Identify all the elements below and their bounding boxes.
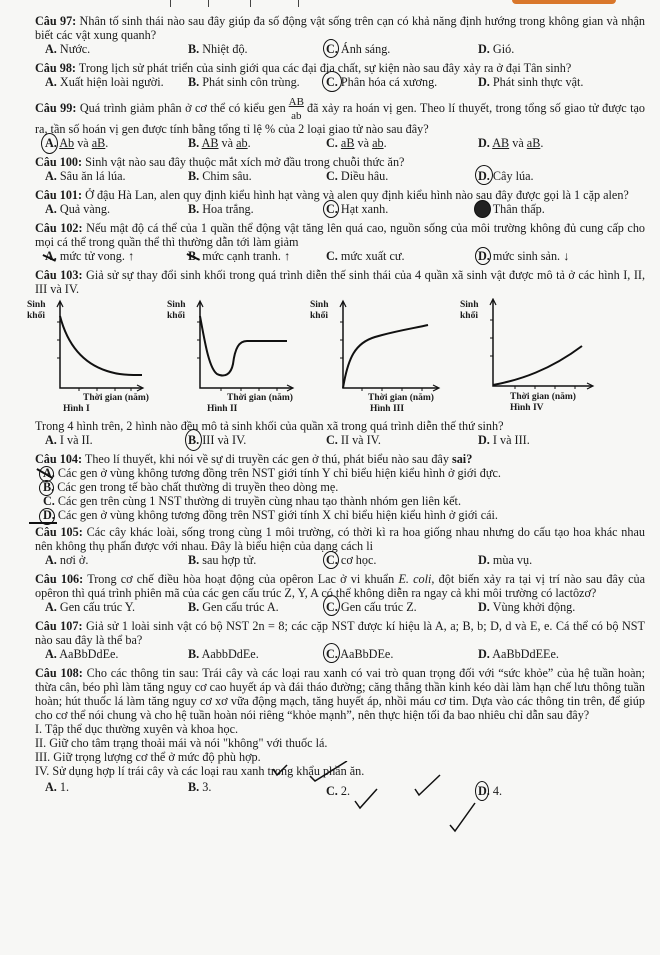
handwritten-circle <box>323 595 340 616</box>
handwritten-circle <box>475 247 491 265</box>
question-number: Câu 106: <box>35 572 83 586</box>
option-d[interactable]: D. Vùng khởi động. <box>478 600 628 615</box>
scribbled-out-mark <box>474 200 491 218</box>
question-text: Ở đậu Hà Lan, alen quy định kiểu hình hạ… <box>85 188 629 202</box>
question-107: Câu 107: Giả sử 1 loài sinh vật có bộ NS… <box>35 619 645 662</box>
option-b[interactable]: B. Gen cấu trúc A. <box>188 600 326 615</box>
option-b[interactable]: B. Nhiệt độ. <box>188 42 326 57</box>
option-b[interactable]: B. mức cạnh tranh. ↑ <box>188 249 326 264</box>
option-a[interactable]: A. 1. <box>35 780 188 795</box>
question-number: Câu 98: <box>35 61 76 75</box>
up-arrow-mark: ↑ <box>128 249 134 263</box>
options-row: A. Gen cấu trúc Y. B. Gen cấu trúc A. C.… <box>35 600 645 615</box>
question-number: Câu 105: <box>35 525 83 539</box>
handwritten-circle <box>41 133 58 154</box>
question-text: Nhân tố sinh thái nào sau đây giúp đa số… <box>35 14 645 42</box>
question-106: Câu 106: Trong cơ chế điều hòa hoạt động… <box>35 572 645 615</box>
question-105: Câu 105: Các cây khác loài, sống trong c… <box>35 525 645 568</box>
guideline-1: I. Tập thể dục thường xuyên và khoa học. <box>35 722 645 736</box>
option-c[interactable]: C. Hạt xanh. <box>326 202 478 217</box>
question-text: Giả sử sự thay đổi sinh khối trong quá t… <box>35 268 645 296</box>
handwritten-circle <box>39 480 54 496</box>
options-row: A. I và II. B. III và IV. C. II và IV. D… <box>35 433 645 448</box>
figure-2: Sinh khối Thời gian (năm) Hình II <box>167 298 317 413</box>
keyword-sai: sai <box>452 452 466 466</box>
question-number: Câu 102: <box>35 221 83 235</box>
statement-d[interactable]: D. Các gen ở vùng không tương đồng trên … <box>35 508 645 522</box>
option-b[interactable]: B. AB và ab. <box>188 136 326 151</box>
question-number: Câu 104: <box>35 452 82 466</box>
options-row: A. Ab và aB. B. AB và ab. C. aB và ab. D… <box>35 136 645 151</box>
exam-page: Câu 97: Nhân tố sinh thái nào sau đây gi… <box>35 14 645 799</box>
option-b[interactable]: B. Hoa trắng. <box>188 202 326 217</box>
question-100: Câu 100: Sinh vật nào sau đây thuộc mắt … <box>35 155 645 184</box>
option-c[interactable]: C. 2. <box>326 784 478 799</box>
down-arrow-mark: ↓ <box>563 249 569 263</box>
statement-c[interactable]: C. Các gen trên cùng 1 NST thường di tru… <box>35 494 645 508</box>
options-row: A. mức tử vong. ↑ B. mức cạnh tranh. ↑ C… <box>35 249 645 264</box>
option-b[interactable]: B. III và IV. <box>188 433 326 448</box>
up-arrow-mark: ↑ <box>284 249 290 263</box>
option-b[interactable]: B. Chim sâu. <box>188 169 326 184</box>
question-103: Câu 103: Giả sử sự thay đổi sinh khối tr… <box>35 268 645 448</box>
option-a[interactable]: A. nơi ở. <box>35 553 188 568</box>
genotype-fraction: ABab <box>289 96 304 122</box>
question-number: Câu 97: <box>35 14 76 28</box>
question-104: Câu 104: Theo lí thuyết, khi nói về sự d… <box>35 452 645 522</box>
options-row: A. nơi ở. B. sau hợp tử. C. cơ học. D. m… <box>35 553 645 568</box>
option-d[interactable]: D. Gió. <box>478 42 628 57</box>
option-b[interactable]: B. AabbDdEe. <box>188 647 326 662</box>
question-text: Giả sử 1 loài sinh vật có bộ NST 2n = 8;… <box>35 619 645 647</box>
option-c[interactable]: C. Ánh sáng. <box>326 42 478 57</box>
option-d[interactable]: D. Thân thấp. <box>478 202 628 217</box>
handwritten-check-marks <box>265 761 485 846</box>
option-c[interactable]: C. Gen cấu trúc Z. <box>326 600 478 615</box>
guideline-2: II. Giữ cho tâm trạng thoải mái và nói "… <box>35 736 645 750</box>
handwritten-circle <box>323 643 340 663</box>
option-b[interactable]: B. 3. <box>188 780 326 795</box>
option-a[interactable]: A. mức tử vong. ↑ <box>35 249 188 264</box>
question-text: Sinh vật nào sau đây thuộc mắt xích mở đ… <box>85 155 404 169</box>
figure-4: Sinh khối Thời gian (năm) Hình IV <box>460 298 610 413</box>
options-row: A. Quả vàng. B. Hoa trắng. C. Hạt xanh. … <box>35 202 645 217</box>
options-row: A. Nước. B. Nhiệt độ. C. Ánh sáng. D. Gi… <box>35 42 645 57</box>
handwritten-underline <box>29 522 57 524</box>
question-97: Câu 97: Nhân tố sinh thái nào sau đây gi… <box>35 14 645 57</box>
handwritten-circle <box>323 200 339 218</box>
option-a[interactable]: A. Quả vàng. <box>35 202 188 217</box>
option-b[interactable]: B. sau hợp tử. <box>188 553 326 568</box>
option-a[interactable]: A. Gen cấu trúc Y. <box>35 600 188 615</box>
figure-3: Sinh khối Thời gian (năm) Hình III <box>310 298 460 413</box>
question-108: Câu 108: Cho các thông tin sau: Trái cây… <box>35 666 645 795</box>
question-101: Câu 101: Ở đậu Hà Lan, alen quy định kiể… <box>35 188 645 217</box>
option-d[interactable]: D. AaBbDdEEe. <box>478 647 628 662</box>
options-row: A. Xuất hiện loài người. B. Phát sinh cô… <box>35 75 645 90</box>
option-c[interactable]: C. AaBbDEe. <box>326 647 478 662</box>
question-text: Các cây khác loài, sống trong cùng 1 môi… <box>35 525 645 553</box>
statement-b[interactable]: B. Các gen trong tế bào chất thường di t… <box>35 480 645 494</box>
option-d[interactable]: D. mức sinh sản. ↓ <box>478 249 628 264</box>
handwritten-circle <box>323 39 339 58</box>
question-102: Câu 102: Nếu mật độ cá thể của 1 quần th… <box>35 221 645 264</box>
question-prompt: Trong 4 hình trên, 2 hình nào đều mô tả … <box>35 419 645 433</box>
option-a[interactable]: A. I và II. <box>35 433 188 448</box>
option-d[interactable]: D. AB và aB. <box>478 136 628 151</box>
option-c[interactable]: C. mức xuất cư. <box>326 249 478 264</box>
orange-header-tab <box>512 0 616 4</box>
option-c[interactable]: C. Diều hâu. <box>326 169 478 184</box>
option-c[interactable]: C. cơ học. <box>326 553 478 568</box>
option-d[interactable]: D. mùa vụ. <box>478 553 628 568</box>
species-name: E. coli <box>398 572 431 586</box>
question-98: Câu 98: Trong lịch sử phát triển của sin… <box>35 61 645 90</box>
question-number: Câu 103: <box>35 268 83 282</box>
option-d[interactable]: D. 4. <box>478 784 628 799</box>
option-a[interactable]: A. Ab và aB. <box>35 136 188 151</box>
option-c[interactable]: C. II và IV. <box>326 433 478 448</box>
question-text: Nếu mật độ cá thể của 1 quần thể động vậ… <box>35 221 645 249</box>
option-d[interactable]: D. Cây lúa. <box>478 169 628 184</box>
figure-1: Sinh khối Thời gian (năm) Hình I <box>27 298 177 413</box>
options-row: A. Sâu ăn lá lúa. B. Chim sâu. C. Diều h… <box>35 169 645 184</box>
option-c[interactable]: C. aB và ab. <box>326 136 478 151</box>
option-b[interactable]: B. Phát sinh côn trùng. <box>188 75 326 90</box>
option-d[interactable]: D. Phát sinh thực vật. <box>478 75 628 90</box>
handwritten-circle <box>475 781 489 801</box>
top-tick-marks <box>170 0 310 8</box>
handwritten-circle <box>185 429 202 451</box>
question-number: Câu 99: <box>35 101 76 115</box>
question-number: Câu 101: <box>35 188 82 202</box>
biomass-figures: Sinh khối Thời gian (năm) Hình I Sinh kh… <box>35 298 645 413</box>
question-text: Cho các thông tin sau: Trái cây và các l… <box>35 666 645 722</box>
handwritten-circle <box>475 165 493 185</box>
options-row: A. AaBbDdEe. B. AabbDdEe. C. AaBbDEe. D.… <box>35 647 645 662</box>
option-a[interactable]: A. AaBbDdEe. <box>35 647 188 662</box>
option-d[interactable]: D. I và III. <box>478 433 628 448</box>
question-99: Câu 99: Quá trình giảm phân ở cơ thể có … <box>35 96 645 151</box>
question-number: Câu 107: <box>35 619 83 633</box>
handwritten-circle <box>323 551 339 569</box>
statement-a[interactable]: A. Các gen ở vùng không tương đồng trên … <box>35 466 645 480</box>
option-c[interactable]: C. Phân hóa cá xương. <box>326 75 478 90</box>
question-number: Câu 100: <box>35 155 82 169</box>
question-number: Câu 108: <box>35 666 83 680</box>
option-a[interactable]: A. Xuất hiện loài người. <box>35 75 188 90</box>
handwritten-circle <box>322 71 342 92</box>
option-a[interactable]: A. Nước. <box>35 42 188 57</box>
option-a[interactable]: A. Sâu ăn lá lúa. <box>35 169 188 184</box>
